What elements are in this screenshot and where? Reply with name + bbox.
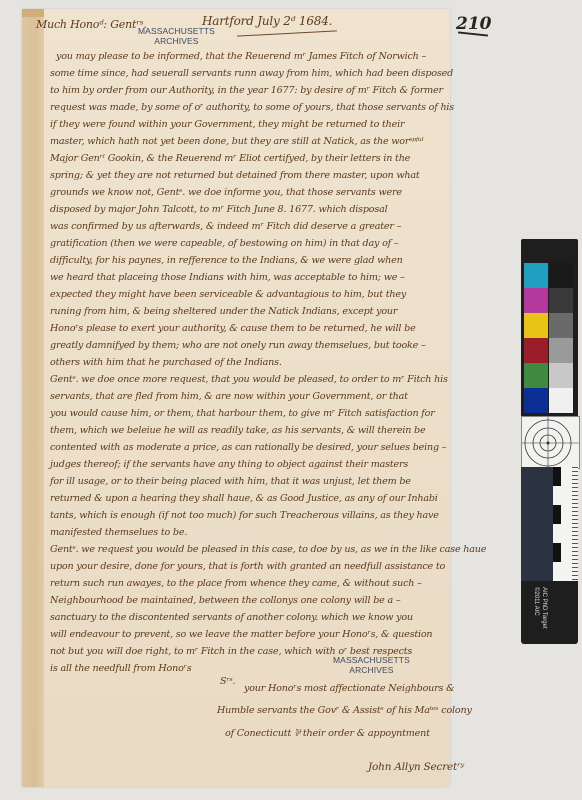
archives-stamp-bottom: MASSACHUSETTS ARCHIVES <box>333 655 410 675</box>
letter-line: request was made, by some of oʳ authorit… <box>50 102 454 113</box>
color-swatch <box>524 288 548 313</box>
color-swatch <box>524 313 548 338</box>
letter-line: to him by order from our Authority, in t… <box>50 85 443 96</box>
letter-line: expected they might have been serviceabl… <box>50 289 406 300</box>
signature: John Allyn Secretʳʸ <box>368 761 464 773</box>
letter-line: upon your desire, done for yours, that i… <box>50 561 445 572</box>
letter-line: if they were found within your Governmen… <box>50 119 404 130</box>
swatch-black-top <box>524 239 575 263</box>
letter-line: difficulty, for his paynes, in refferenc… <box>50 255 403 266</box>
target-label-line-1: AIC PhD Target <box>541 587 547 629</box>
closing-sirs: Sʳˢ. <box>220 676 235 687</box>
letter-line: disposed by major John Talcott, to mʳ Fi… <box>50 204 388 215</box>
letter-line: sanctuary to the discontented servants o… <box>50 612 413 623</box>
ruler-check-6 <box>553 562 561 581</box>
letter-line: judges thereof; if the servants have any… <box>50 459 408 470</box>
letter-line: others with him that he purchased of the… <box>50 357 282 368</box>
letter-line: is all the needfull from Honoʳs <box>50 663 192 674</box>
letter-line: master, which hath not yet been done, bu… <box>50 136 424 147</box>
ruler-check-2 <box>553 486 561 505</box>
dateline: Hartford July 2ᵈ 1684. <box>202 14 332 28</box>
color-swatch <box>524 338 548 363</box>
letter-line: some time since, had seuerall servants r… <box>50 68 453 79</box>
letter-line: will endeavour to prevent, so we leave t… <box>50 629 432 640</box>
letter-line: contented with as moderate a price, as c… <box>50 442 446 453</box>
binding-tape-strip <box>22 9 44 787</box>
stamp-line-1: MASSACHUSETTS <box>138 26 215 36</box>
letter-line: grounds we know not, Gentˢ. we doe infor… <box>50 187 402 198</box>
bullseye-icon <box>522 417 579 468</box>
gray-swatch <box>549 288 573 313</box>
letter-line: greatly damnifyed by them; who are not o… <box>50 340 426 351</box>
binding-tape-top <box>22 9 44 17</box>
stamp-line-1: MASSACHUSETTS <box>333 655 410 665</box>
letter-line: returned & upon a hearing they shall hau… <box>50 493 438 504</box>
gray-swatch <box>549 363 573 388</box>
ruler-check-1 <box>553 467 561 486</box>
letter-line: was confirmed by us afterwards, & indeed… <box>50 221 401 232</box>
color-swatch <box>524 263 548 288</box>
letter-line: for ill usage, or to their being placed … <box>50 476 411 487</box>
closing-line-3: of Conecticutt ⅌ their order & appoyntme… <box>225 726 430 739</box>
measurement-ruler <box>521 467 578 581</box>
target-label-panel: AIC PhD Target ©2011 AIC <box>521 581 578 644</box>
ruler-check-3 <box>553 505 561 524</box>
letter-line: you would cause him, or them, that harbo… <box>50 408 435 419</box>
closing-line-2: Humble servants the Govʳ & Assistˢ of hi… <box>217 705 472 716</box>
letter-line: return such run awayes, to the place fro… <box>50 578 422 589</box>
color-swatch <box>524 388 548 413</box>
letter-line: gratification (then we were capeable, of… <box>50 238 398 249</box>
letter-line: we heard that placeing those Indians wit… <box>50 272 405 283</box>
gray-swatch <box>549 338 573 363</box>
target-label-line-2: ©2011 AIC <box>533 587 539 616</box>
gray-swatch <box>549 313 573 338</box>
gray-swatch <box>549 388 573 413</box>
letter-line: manifested themselues to be. <box>50 527 187 538</box>
bullseye-focus-target <box>521 416 580 469</box>
archives-stamp-top: MASSACHUSETTS ARCHIVES <box>138 26 215 46</box>
stamp-line-2: ARCHIVES <box>333 665 410 675</box>
letter-line: Neighbourhood be maintained, between the… <box>50 595 400 606</box>
ruler-scale <box>561 467 578 581</box>
stamp-line-2: ARCHIVES <box>138 36 215 46</box>
letter-line: servants, that are fled from him, & are … <box>50 391 408 402</box>
letter-line: runing from him, & being sheltered under… <box>50 306 397 317</box>
letter-line: spring; & yet they are not returned but … <box>50 170 420 181</box>
letter-line: Gentˢ. we doe once more request, that yo… <box>50 374 448 385</box>
ruler-check-5 <box>553 543 561 562</box>
letter-line: you may please to be informed, that the … <box>56 51 426 62</box>
closing-line-1: your Honoʳs most affectionate Neighbours… <box>244 683 454 694</box>
letter-line: Gentˢ. we request you would be pleased i… <box>50 544 486 555</box>
letter-line: them, which we beleiue he will as readil… <box>50 425 425 436</box>
gray-swatch <box>549 263 573 288</box>
letter-line: tants, which is enough (if not too much)… <box>50 510 439 521</box>
letter-line: Honoʳs please to exert your authority, &… <box>50 323 416 334</box>
salutation: Much Honoᵈ: Gentʳˢ. <box>36 18 147 31</box>
letter-line: Major Genʳˡ Gookin, & the Reuerend mʳ El… <box>50 153 410 164</box>
ruler-check-4 <box>553 524 561 543</box>
color-swatch <box>524 363 548 388</box>
